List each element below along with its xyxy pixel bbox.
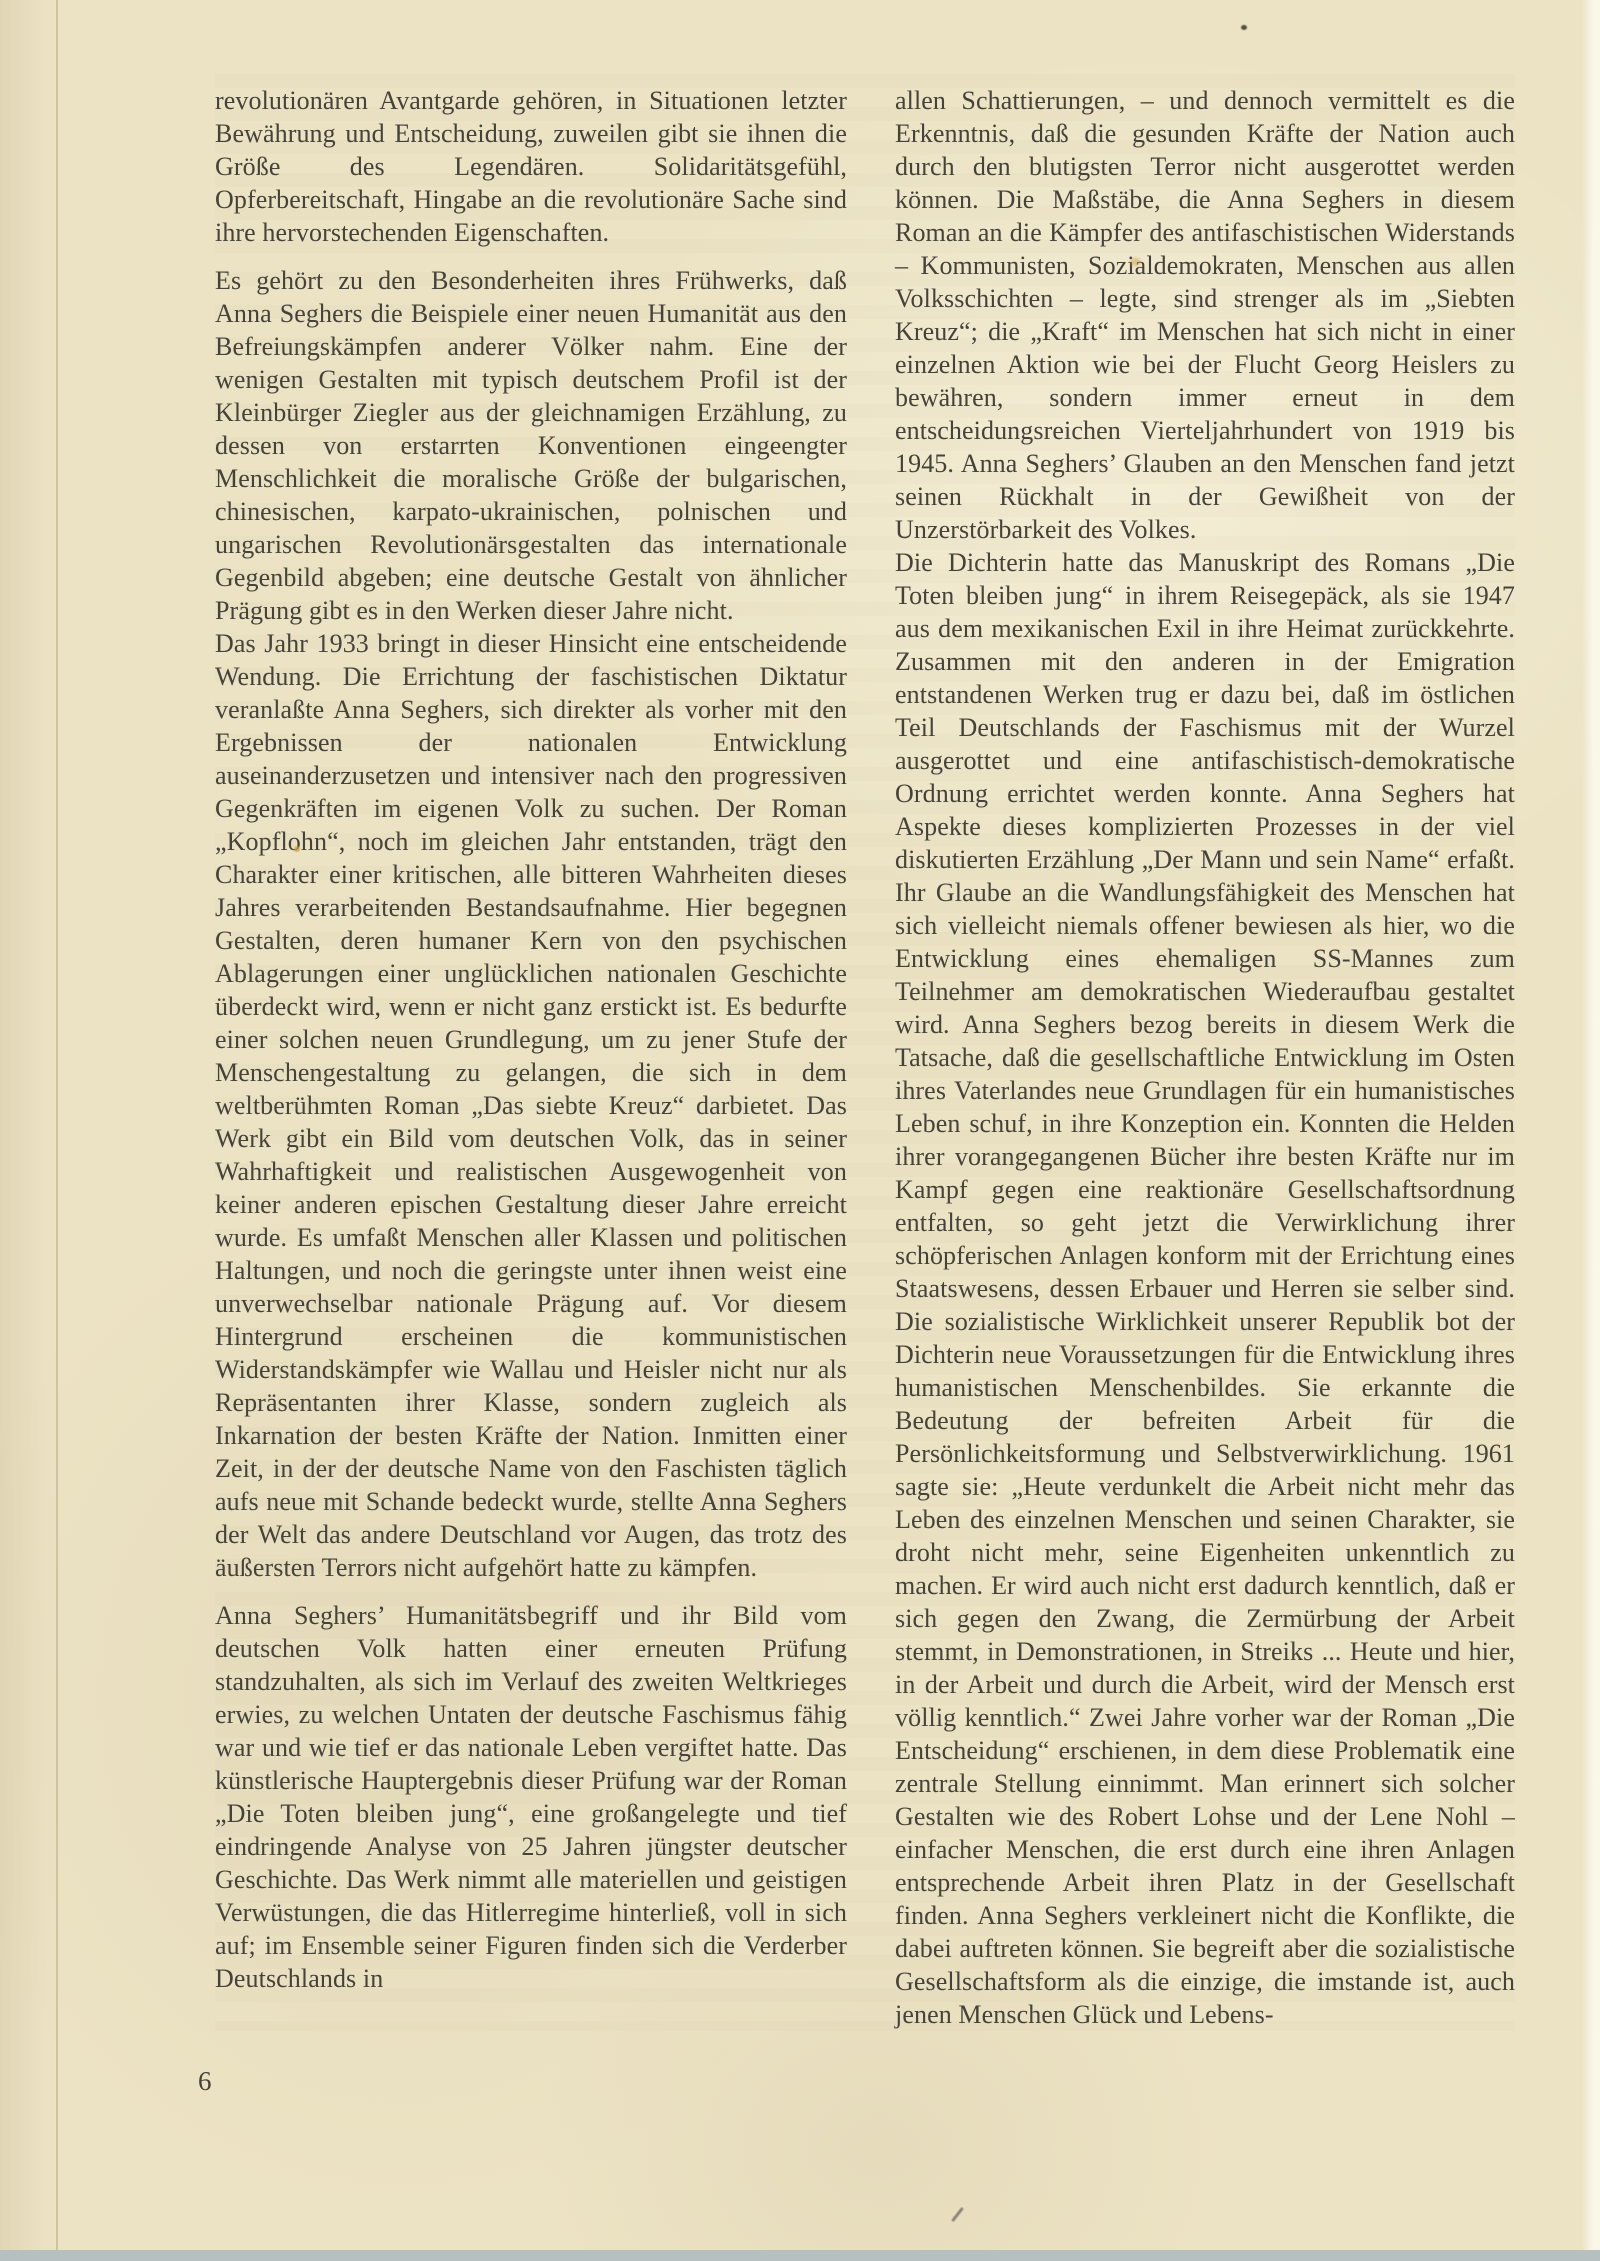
page-number: 6 — [198, 2066, 212, 2096]
paragraph: Die Dichterin hatte das Manuskript des R… — [895, 546, 1515, 2031]
scanned-book-page: revolutionären Avantgarde gehören, in Si… — [0, 0, 1600, 2261]
paper-speck — [1241, 25, 1247, 30]
paragraph-continuation: allen Schattierungen, – und dennoch verm… — [895, 84, 1515, 546]
paragraph: Das Jahr 1933 bringt in dieser Hinsicht … — [215, 627, 847, 1584]
left-column: revolutionären Avantgarde gehören, in Si… — [215, 84, 847, 2031]
paragraph: Es gehört zu den Besonderheiten ihres Fr… — [215, 264, 847, 627]
paragraph: Anna Seghers’ Humanitätsbegriff und ihr … — [215, 1599, 847, 1995]
paper-right-edge — [1582, 0, 1600, 2261]
right-column: allen Schattierungen, – und dennoch verm… — [895, 84, 1515, 2031]
text-columns: revolutionären Avantgarde gehören, in Si… — [215, 84, 1515, 2031]
scanner-bottom-edge — [0, 2250, 1600, 2261]
page-fold-left-edge — [0, 0, 58, 2261]
paragraph-continuation: revolutionären Avantgarde gehören, in Si… — [215, 84, 847, 249]
paper-speck — [951, 2207, 964, 2222]
